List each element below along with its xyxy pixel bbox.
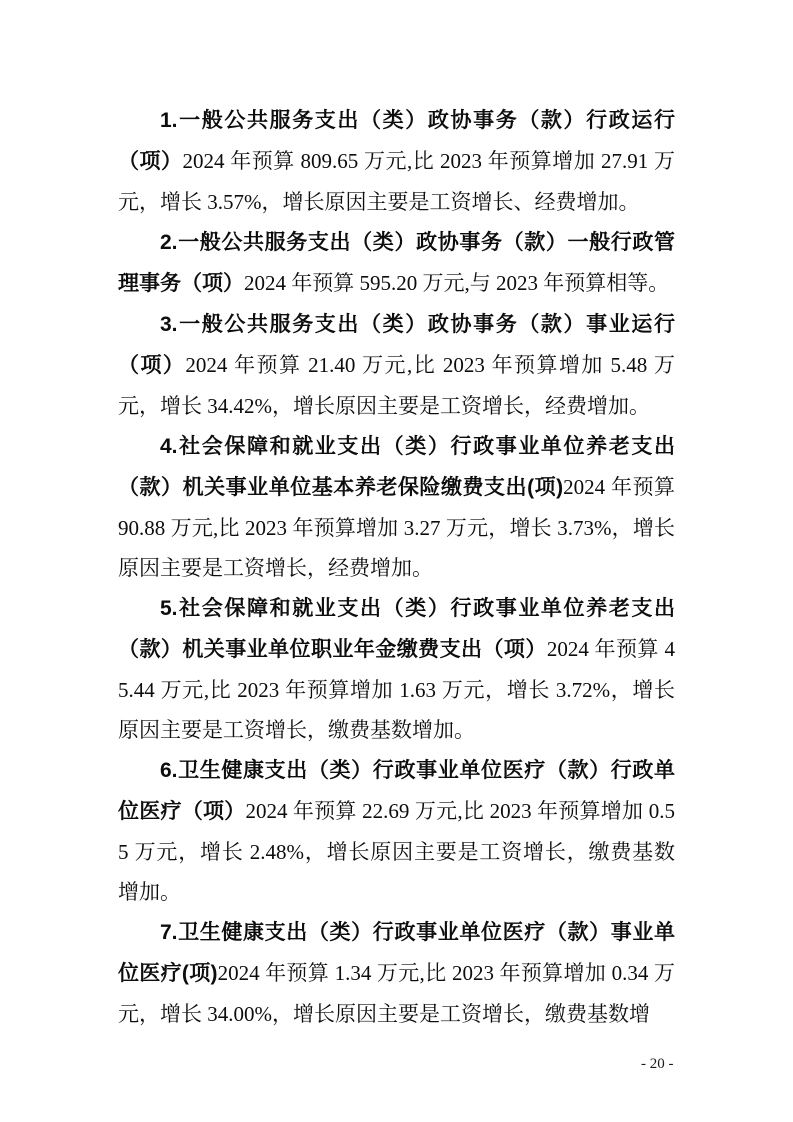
budget-paragraph-4: 4.社会保障和就业支出（类）行政事业单位养老支出（款）机关事业单位基本养老保险缴… bbox=[118, 426, 675, 588]
document-page: 1.一般公共服务支出（类）政协事务（款）行政运行（项）2024 年预算 809.… bbox=[0, 0, 793, 1122]
budget-paragraph-2: 2.一般公共服务支出（类）政协事务（款）一般行政管理事务（项）2024 年预算 … bbox=[118, 222, 675, 304]
budget-paragraph-3: 3.一般公共服务支出（类）政协事务（款）事业运行（项）2024 年预算 21.4… bbox=[118, 304, 675, 426]
document-body: 1.一般公共服务支出（类）政协事务（款）行政运行（项）2024 年预算 809.… bbox=[118, 100, 675, 1034]
paragraph-2-body: 2024 年预算 595.20 万元,与 2023 年预算相等。 bbox=[244, 271, 669, 295]
budget-paragraph-5: 5.社会保障和就业支出（类）行政事业单位养老支出（款）机关事业单位职业年金缴费支… bbox=[118, 588, 675, 750]
paragraph-1-body: 2024 年预算 809.65 万元,比 2023 年预算增加 27.91 万元… bbox=[118, 149, 675, 214]
budget-paragraph-6: 6.卫生健康支出（类）行政事业单位医疗（款）行政单位医疗（项）2024 年预算 … bbox=[118, 750, 675, 912]
page-number: - 20 - bbox=[641, 1054, 674, 1074]
budget-paragraph-7: 7.卫生健康支出（类）行政事业单位医疗（款）事业单位医疗(项)2024 年预算 … bbox=[118, 912, 675, 1034]
budget-paragraph-1: 1.一般公共服务支出（类）政协事务（款）行政运行（项）2024 年预算 809.… bbox=[118, 100, 675, 222]
paragraph-3-body: 2024 年预算 21.40 万元,比 2023 年预算增加 5.48 万元，增… bbox=[118, 353, 675, 418]
